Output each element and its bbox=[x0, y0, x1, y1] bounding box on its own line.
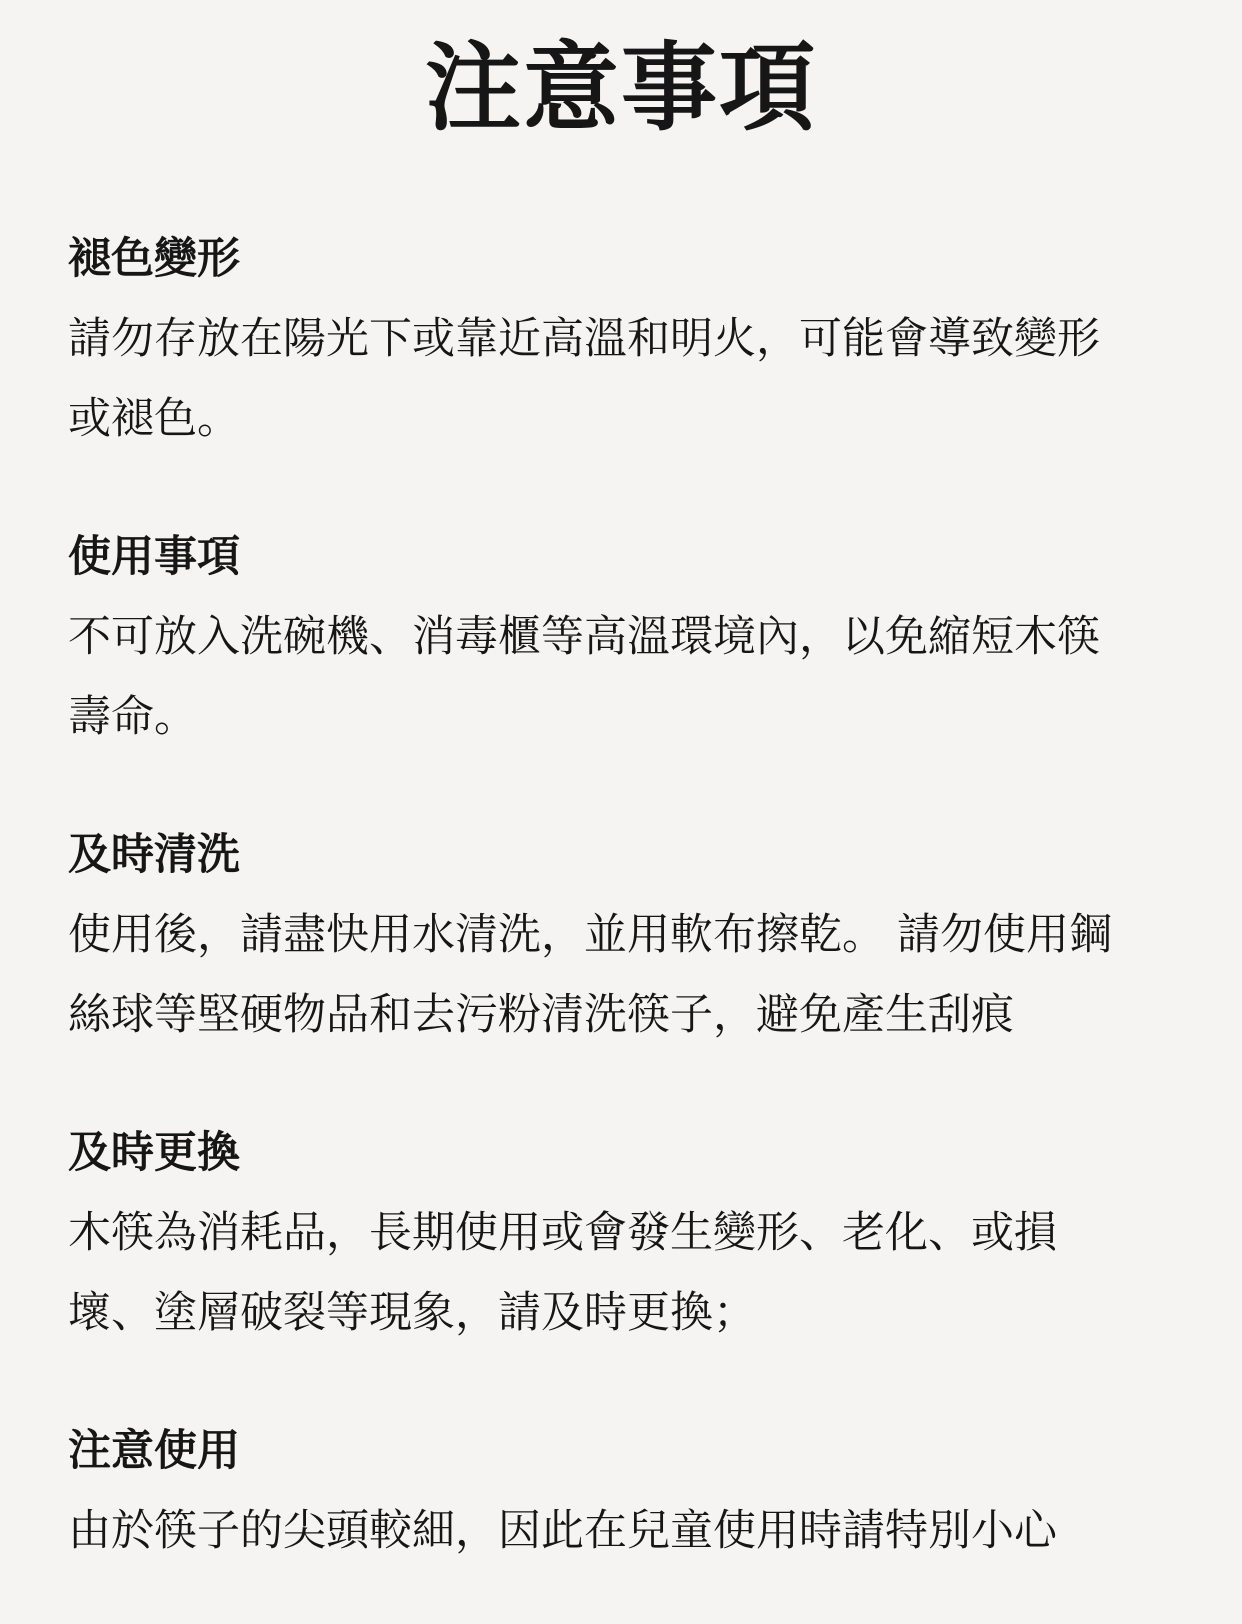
notice-section-replacement: 及時更換 木筷為消耗品，長期使用或會發生變形、老化、或損壞、塗層破裂等現象，請及… bbox=[68, 1113, 1242, 1353]
sections-content: 褪色變形 請勿存放在陽光下或靠近高溫和明火，可能會導致變形或褪色。 使用事項 不… bbox=[0, 219, 1242, 1611]
section-heading: 注意使用 bbox=[68, 1411, 1128, 1491]
page-title: 注意事項 bbox=[0, 26, 1242, 151]
notice-section-fading: 褪色變形 請勿存放在陽光下或靠近高溫和明火，可能會導致變形或褪色。 bbox=[68, 219, 1242, 459]
notice-section-cleaning: 及時清洗 使用後，請盡快用水清洗，並用軟布擦乾。 請勿使用鋼絲球等堅硬物品和去污… bbox=[68, 815, 1242, 1055]
section-body: 使用後，請盡快用水清洗，並用軟布擦乾。 請勿使用鋼絲球等堅硬物品和去污粉清洗筷子… bbox=[68, 895, 1128, 1055]
section-heading: 及時更換 bbox=[68, 1113, 1128, 1193]
section-heading: 褪色變形 bbox=[68, 219, 1128, 299]
section-heading: 及時清洗 bbox=[68, 815, 1128, 895]
section-body: 請勿存放在陽光下或靠近高溫和明火，可能會導致變形或褪色。 bbox=[68, 299, 1128, 459]
notice-section-caution: 注意使用 由於筷子的尖頭較細，因此在兒童使用時請特別小心 bbox=[68, 1411, 1242, 1571]
section-body: 木筷為消耗品，長期使用或會發生變形、老化、或損壞、塗層破裂等現象，請及時更換； bbox=[68, 1193, 1128, 1353]
section-body: 不可放入洗碗機、消毒櫃等高溫環境內，以免縮短木筷壽命。 bbox=[68, 597, 1128, 757]
care-instructions-page: 注意事項 褪色變形 請勿存放在陽光下或靠近高溫和明火，可能會導致變形或褪色。 使… bbox=[0, 0, 1242, 1624]
section-body: 由於筷子的尖頭較細，因此在兒童使用時請特別小心 bbox=[68, 1491, 1128, 1571]
section-heading: 使用事項 bbox=[68, 517, 1128, 597]
notice-section-usage: 使用事項 不可放入洗碗機、消毒櫃等高溫環境內，以免縮短木筷壽命。 bbox=[68, 517, 1242, 757]
